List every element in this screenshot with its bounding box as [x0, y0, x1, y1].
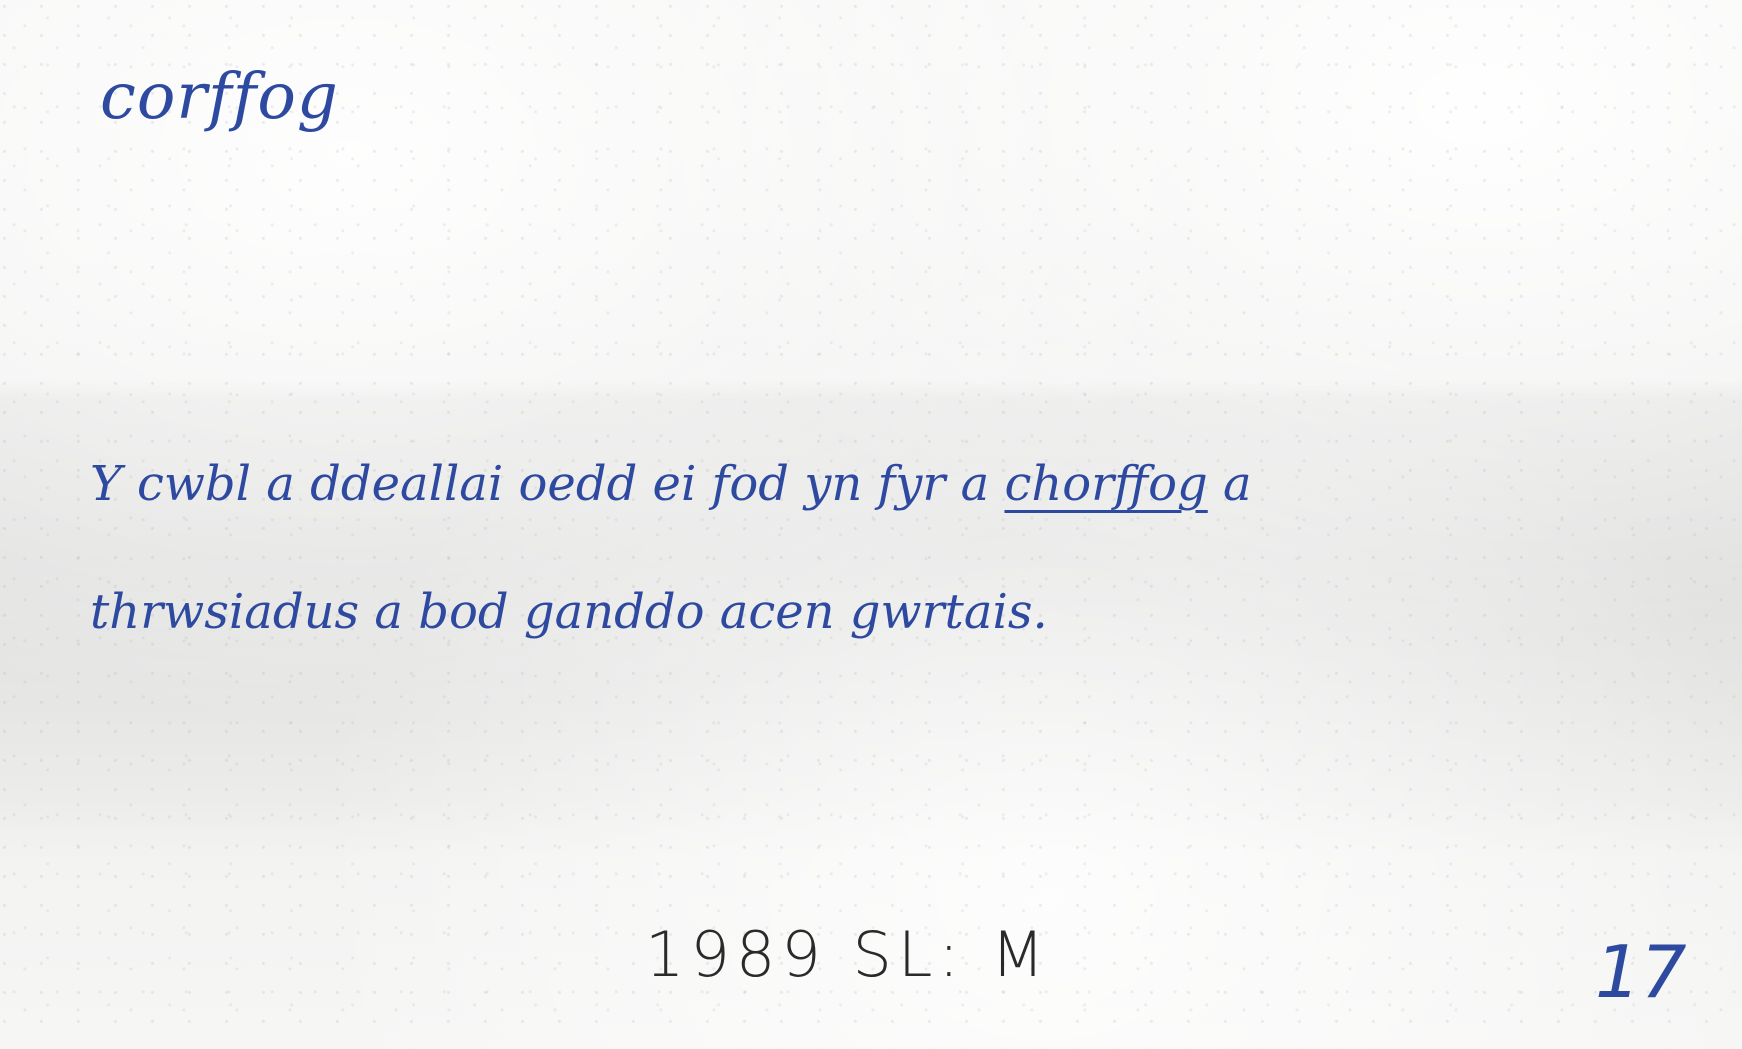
citation-line-2: thrwsiadus a bod ganddo acen gwrtais.	[90, 548, 1650, 676]
citation-line-1-after: a	[1208, 456, 1252, 512]
citation-line-1-before: Y cwbl a ddeallai oedd ei fod yn fyr a	[90, 456, 1004, 512]
dictionary-slip: corffog Y cwbl a ddeallai oedd ei fod yn…	[0, 0, 1742, 1049]
headword: corffog	[100, 60, 339, 134]
citation-text: Y cwbl a ddeallai oedd ei fod yn fyr a c…	[90, 420, 1650, 676]
citation-line-1: Y cwbl a ddeallai oedd ei fod yn fyr a c…	[90, 420, 1650, 548]
citation-underlined-word: chorffog	[1004, 456, 1207, 512]
slip-number: 17	[1595, 930, 1687, 1014]
source-reference: 1989 SL: M	[645, 918, 1050, 991]
